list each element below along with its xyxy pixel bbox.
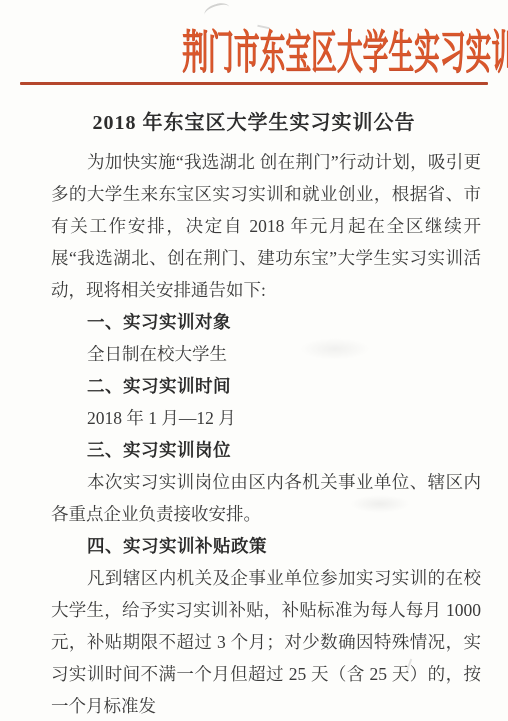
section-4-content: 凡到辖区内机关及企事业单位参加实习实训的在校大学生，给予实习实训补贴，补贴标准为… — [51, 562, 481, 721]
section-2-content: 2018 年 1 月—12 月 — [51, 402, 481, 434]
section-heading-2: 二、实习实训时间 — [51, 370, 481, 402]
section-1-content: 全日制在校大学生 — [51, 338, 481, 370]
section-heading-4: 四、实习实训补贴政策 — [51, 530, 481, 562]
section-3-content: 本次实习实训岗位由区内各机关事业单位、辖区内各重点企业负责接收安排。 — [51, 466, 481, 530]
letterhead-title: 荆门市东宝区大学生实习实训工作办公室 — [182, 26, 508, 78]
document-title: 2018 年东宝区大学生实习实训公告 — [0, 106, 508, 135]
document-body: 为加快实施“我选湖北 创在荆门”行动计划，吸引更多的大学生来东宝区实习实训和就业… — [0, 146, 508, 721]
letterhead: 荆门市东宝区大学生实习实训工作办公室 — [0, 26, 508, 85]
letterhead-underline — [20, 82, 488, 85]
scan-artifact — [202, 0, 231, 21]
section-heading-3: 三、实习实训岗位 — [51, 434, 481, 466]
section-heading-1: 一、实习实训对象 — [51, 306, 481, 338]
scanned-notice-page: 荆门市东宝区大学生实习实训工作办公室 2018 年东宝区大学生实习实训公告 为加… — [0, 0, 508, 721]
intro-paragraph: 为加快实施“我选湖北 创在荆门”行动计划，吸引更多的大学生来东宝区实习实训和就业… — [51, 146, 481, 306]
